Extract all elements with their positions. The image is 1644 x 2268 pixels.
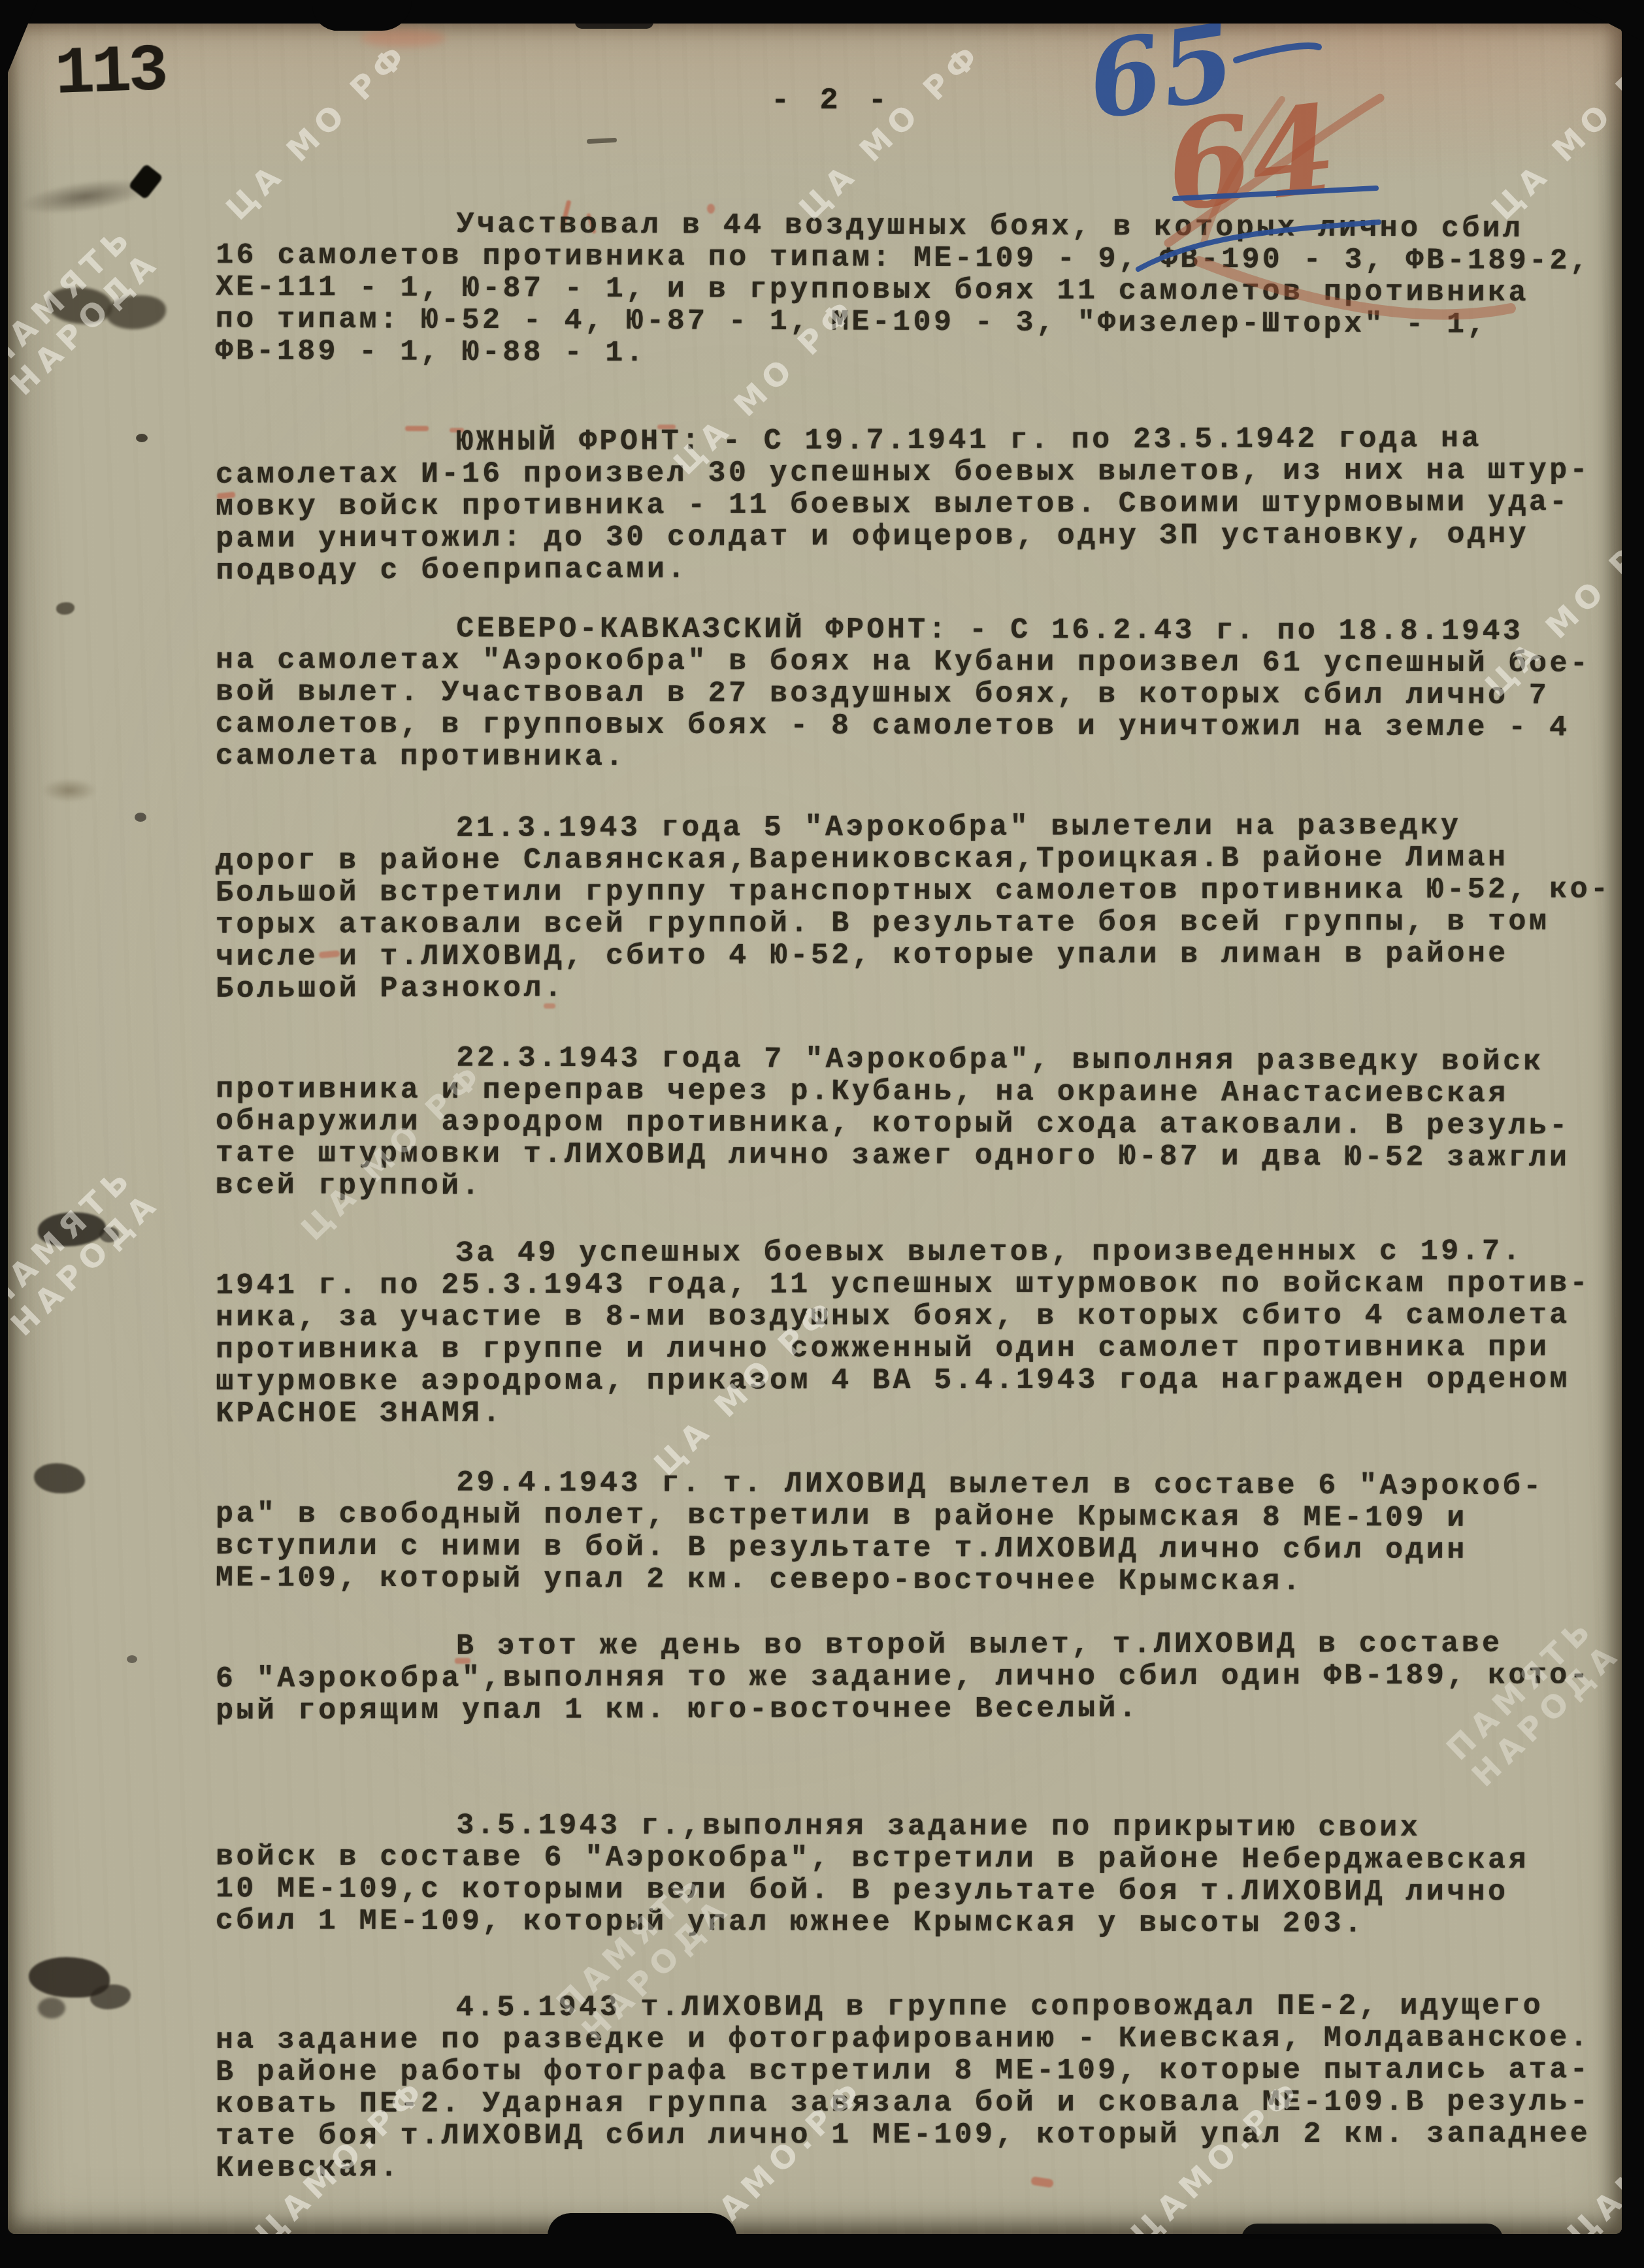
scanned-document: 113 - 2 - Участвовал в 44 воздушных боях… (0, 0, 1644, 2268)
scan-border-right (1622, 0, 1644, 2268)
scan-edge-notch-top-2 (575, 20, 653, 29)
scan-edge-notch-bottom (548, 2213, 737, 2239)
blue-strike-line-2 (1138, 222, 1379, 269)
blue-five-top-bar (1236, 46, 1319, 60)
scan-edge-notch-top (312, 0, 412, 31)
red-stroke-sweep (1199, 261, 1511, 314)
scan-edge-notch-bottom-2 (1241, 2224, 1503, 2239)
scan-border-top (0, 0, 1644, 24)
scan-border-left (0, 0, 8, 2268)
